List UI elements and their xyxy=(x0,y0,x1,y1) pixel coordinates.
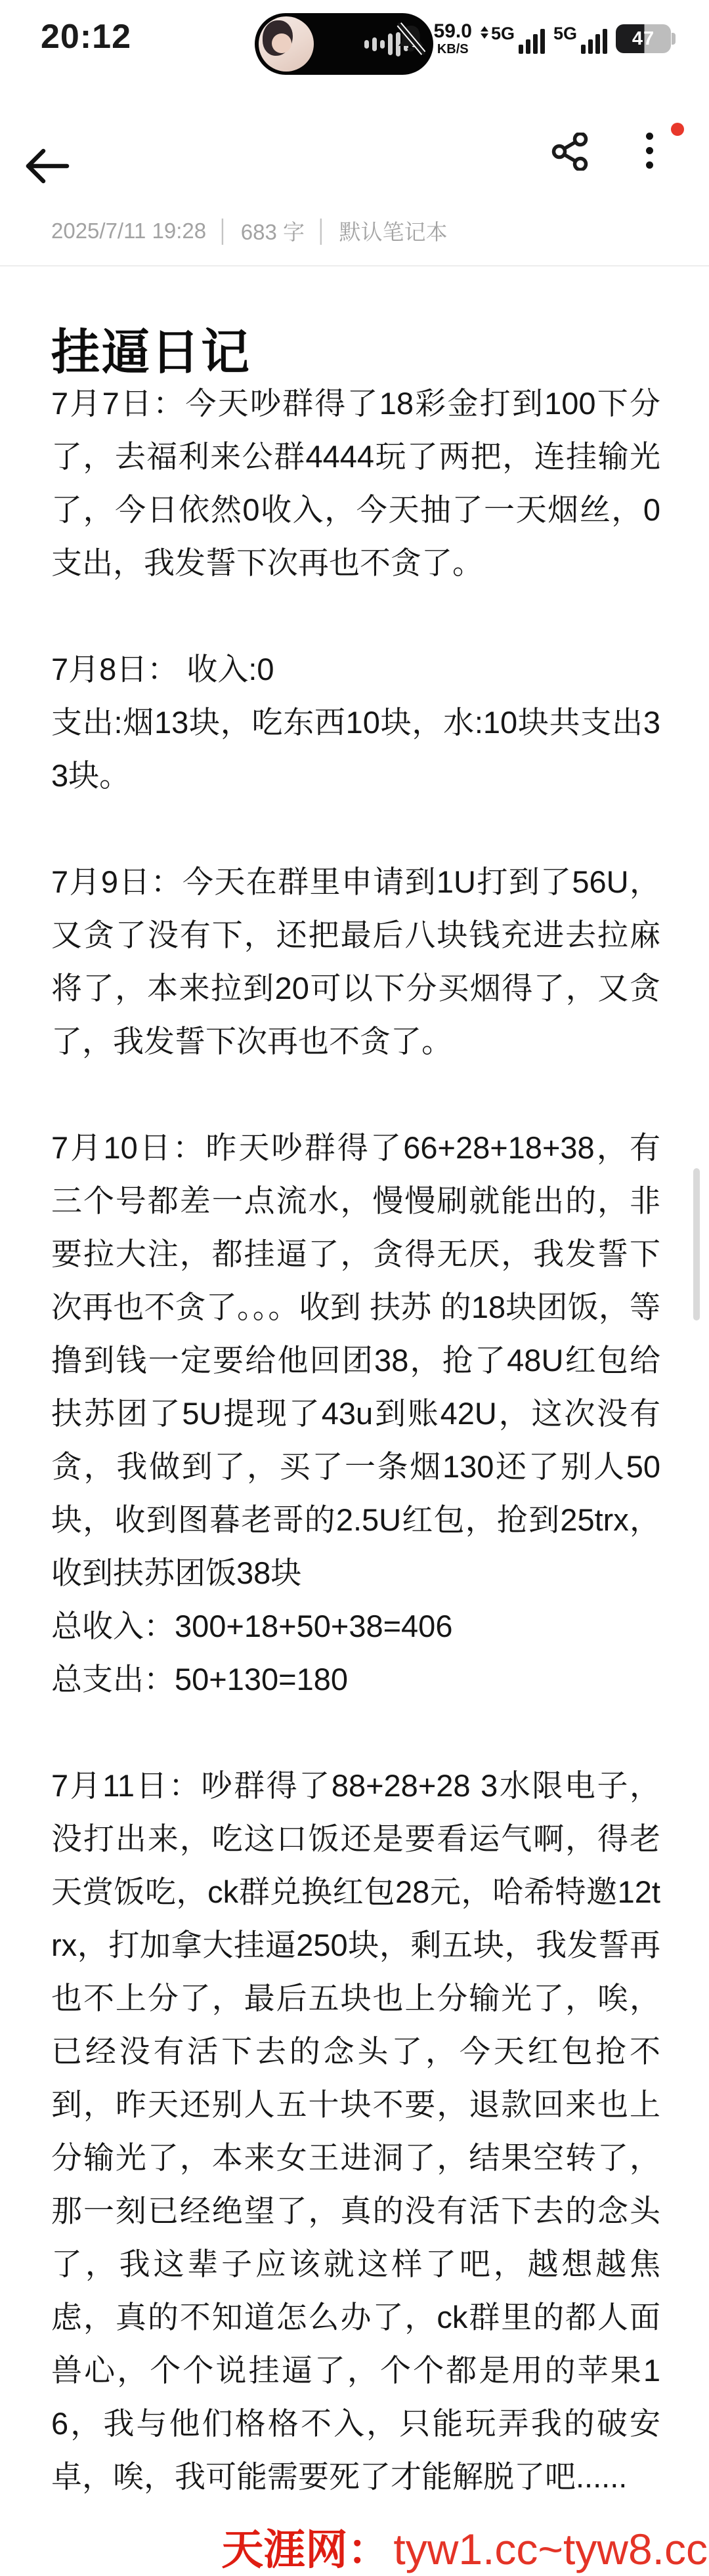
note-datetime: 2025/7/11 19:28 xyxy=(51,219,206,243)
share-button[interactable] xyxy=(551,133,590,171)
signal-bars-icon xyxy=(581,29,607,54)
header-divider xyxy=(0,265,709,266)
note-paragraph: 7月9日：今天在群里申请到1U打到了56U，又贪了没有下，还把最后八块钱充进去拉… xyxy=(51,855,660,1068)
battery-nub xyxy=(672,33,676,45)
note-meta: 2025/7/11 19:28 │ 683 字 │ 默认笔记本 xyxy=(51,215,448,246)
note-paragraph: 7月7日：今天吵群得了18彩金打到100下分了，去福利来公群4444玩了两把，连… xyxy=(51,377,660,589)
note-paragraph: 7月10日：昨天吵群得了66+28+18+38，有三个号都差一点流水，慢慢刷就能… xyxy=(51,1121,660,1706)
watermark: 天涯网： tyw1.cc~tyw8.cc xyxy=(221,2516,708,2576)
more-menu-icon xyxy=(646,161,653,169)
bell-muted-icon xyxy=(397,22,425,55)
note-paragraph: 7月8日： 收入:0 支出:烟13块，吃东西10块，水:10块共支出33块。 xyxy=(51,643,660,802)
note-word-count: 683 字 xyxy=(241,215,305,246)
note-paragraph: 7月11日：吵群得了88+28+28 3水限电子，没打出来，吃这口饭还是要看运气… xyxy=(51,1759,660,2503)
capsule-avatar-photo xyxy=(259,16,314,72)
avatar-face-shape xyxy=(272,33,291,53)
note-body[interactable]: 7月7日：今天吵群得了18彩金打到100下分了，去福利来公群4444玩了两把，连… xyxy=(51,377,660,2503)
back-button[interactable] xyxy=(22,144,71,188)
more-menu-icon xyxy=(646,147,653,154)
sim1-signal: 5G xyxy=(481,24,545,54)
status-icons-cluster: 59.0 KB/S 5G 5G 47 xyxy=(397,17,671,60)
red-dot-badge xyxy=(671,123,684,136)
more-menu-button[interactable] xyxy=(646,131,672,176)
more-menu-icon xyxy=(646,133,653,140)
sim2-signal: 5G xyxy=(553,24,607,54)
back-arrow-icon xyxy=(28,151,67,181)
signal-bars-icon xyxy=(519,29,545,54)
status-bar: 20:12 59.0 KB/S 5G 5G xyxy=(0,0,709,77)
notebook-name[interactable]: 默认笔记本 xyxy=(339,215,448,246)
battery-icon: 47 xyxy=(616,24,671,53)
sim1-network-type: 5G xyxy=(491,25,515,43)
scrollbar-thumb[interactable] xyxy=(693,1168,700,1320)
share-icon xyxy=(554,134,586,170)
meta-separator: │ xyxy=(217,219,230,243)
clock: 20:12 xyxy=(41,17,131,56)
updown-arrows-icon xyxy=(481,26,488,39)
watermark-site-name: 天涯网： xyxy=(221,2516,389,2576)
battery-percent: 47 xyxy=(632,28,655,50)
sim2-network-type: 5G xyxy=(553,25,577,43)
meta-separator: │ xyxy=(315,219,329,243)
network-speed: 59.0 KB/S xyxy=(434,22,472,56)
watermark-urls: tyw1.cc~tyw8.cc xyxy=(393,2524,708,2574)
note-title: 挂逼日记 xyxy=(51,324,251,382)
